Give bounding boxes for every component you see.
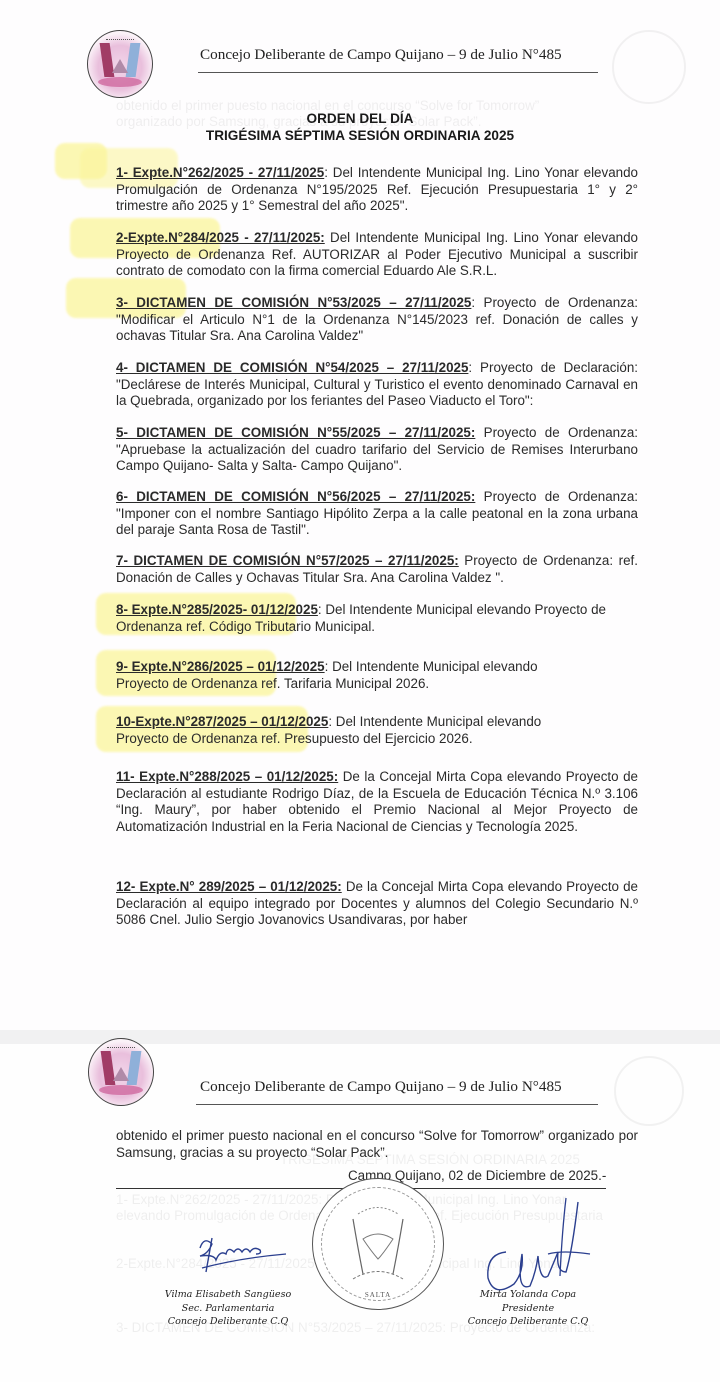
agenda-item-9: 9- Expte.N°286/2025 – 01/12/2025: Del In…	[116, 659, 576, 692]
signature-left-scribble	[190, 1232, 300, 1278]
bleed-through-seal	[612, 30, 686, 104]
agenda-item-5: 5- DICTAMEN DE COMISIÓN N°55/2025 – 27/1…	[116, 425, 638, 475]
signature-left: Vilma Elisabeth Sangüeso Sec. Parlamenta…	[158, 1288, 298, 1329]
agenda-item-ref: 1- Expte.N°262/2025 - 27/11/2025	[116, 165, 324, 180]
agenda-item-8: 8- Expte.N°285/2025- 01/12/2025: Del Int…	[116, 602, 646, 635]
seal-text: SALTA	[313, 1291, 443, 1299]
agenda-item-12: 12- Expte.N° 289/2025 – 01/12/2025: De l…	[116, 879, 638, 929]
agenda-item-ref: 10-Expte.N°287/2025 – 01/12/2025	[116, 714, 328, 729]
agenda-item-ref: 4- DICTAMEN DE COMISIÓN N°54/2025 – 27/1…	[116, 360, 468, 375]
signer-name: Mirta Yolanda Copa	[458, 1288, 598, 1302]
agenda-item-ref: 8- Expte.N°285/2025- 01/12/2025	[116, 602, 318, 617]
agenda-item-ref: 11- Expte.N°288/2025 – 01/12/2025:	[116, 769, 338, 784]
agenda-item-6: 6- DICTAMEN DE COMISIÓN N°56/2025 – 27/1…	[116, 489, 638, 539]
agenda-item-ref: 3- DICTAMEN DE COMISIÓN N°53/2025 – 27/1…	[116, 295, 471, 310]
document-title: ORDEN DEL DÍA	[0, 110, 720, 127]
signer-role: Sec. Parlamentaria	[158, 1302, 298, 1316]
header-rule	[196, 1104, 598, 1105]
agenda-item-10: 10-Expte.N°287/2025 – 01/12/2025: Del In…	[116, 714, 586, 747]
agenda-item-ref: 2-Expte.N°284/2025 - 27/11/2025:	[116, 230, 325, 245]
document-subtitle: TRIGÉSIMA SÉPTIMA SESIÓN ORDINARIA 2025	[0, 127, 720, 144]
agenda-item-ref: 9- Expte.N°286/2025 – 01/12/2025	[116, 659, 325, 674]
council-emblem-icon	[88, 1038, 154, 1106]
document-page-2: TRIGÉSIMA SÉPTIMA SESIÓN ORDINARIA 2025 …	[0, 1044, 720, 1382]
council-emblem-icon	[87, 30, 153, 98]
header-institution-line: Concejo Deliberante de Campo Quijano – 9…	[200, 1078, 562, 1096]
header-rule	[198, 72, 598, 73]
agenda-item-12-continuation: obtenido el primer puesto nacional en el…	[116, 1128, 638, 1161]
agenda-item-ref: 5- DICTAMEN DE COMISIÓN N°55/2025 – 27/1…	[116, 425, 475, 440]
signer-name: Vilma Elisabeth Sangüeso	[158, 1288, 298, 1302]
signer-org: Concejo Deliberante C.Q	[158, 1315, 298, 1329]
agenda-item-2: 2-Expte.N°284/2025 - 27/11/2025: Del Int…	[116, 230, 638, 280]
agenda-item-1: 1- Expte.N°262/2025 - 27/11/2025: Del In…	[116, 165, 638, 215]
bleed-through-seal	[614, 1056, 684, 1126]
header-institution-line: Concejo Deliberante de Campo Quijano – 9…	[200, 46, 562, 64]
agenda-item-7: 7- DICTAMEN DE COMISIÓN N°57/2025 – 27/1…	[116, 553, 638, 586]
agenda-item-ref: 12- Expte.N° 289/2025 – 01/12/2025:	[116, 879, 342, 894]
signature-right: Mirta Yolanda Copa Presidente Concejo De…	[458, 1288, 598, 1329]
agenda-item-11: 11- Expte.N°288/2025 – 01/12/2025: De la…	[116, 769, 638, 835]
signature-right-scribble	[466, 1192, 596, 1302]
signer-org: Concejo Deliberante C.Q	[458, 1315, 598, 1329]
agenda-item-3: 3- DICTAMEN DE COMISIÓN N°53/2025 – 27/1…	[116, 295, 638, 345]
document-page-1: obtenido el primer puesto nacional en el…	[0, 0, 720, 1030]
signer-role: Presidente	[458, 1302, 598, 1316]
official-seal-icon: SALTA	[312, 1178, 444, 1310]
agenda-item-4: 4- DICTAMEN DE COMISIÓN N°54/2025 – 27/1…	[116, 360, 638, 410]
agenda-item-ref: 6- DICTAMEN DE COMISIÓN N°56/2025 – 27/1…	[116, 489, 475, 504]
agenda-item-ref: 7- DICTAMEN DE COMISIÓN N°57/2025 – 27/1…	[116, 553, 459, 568]
